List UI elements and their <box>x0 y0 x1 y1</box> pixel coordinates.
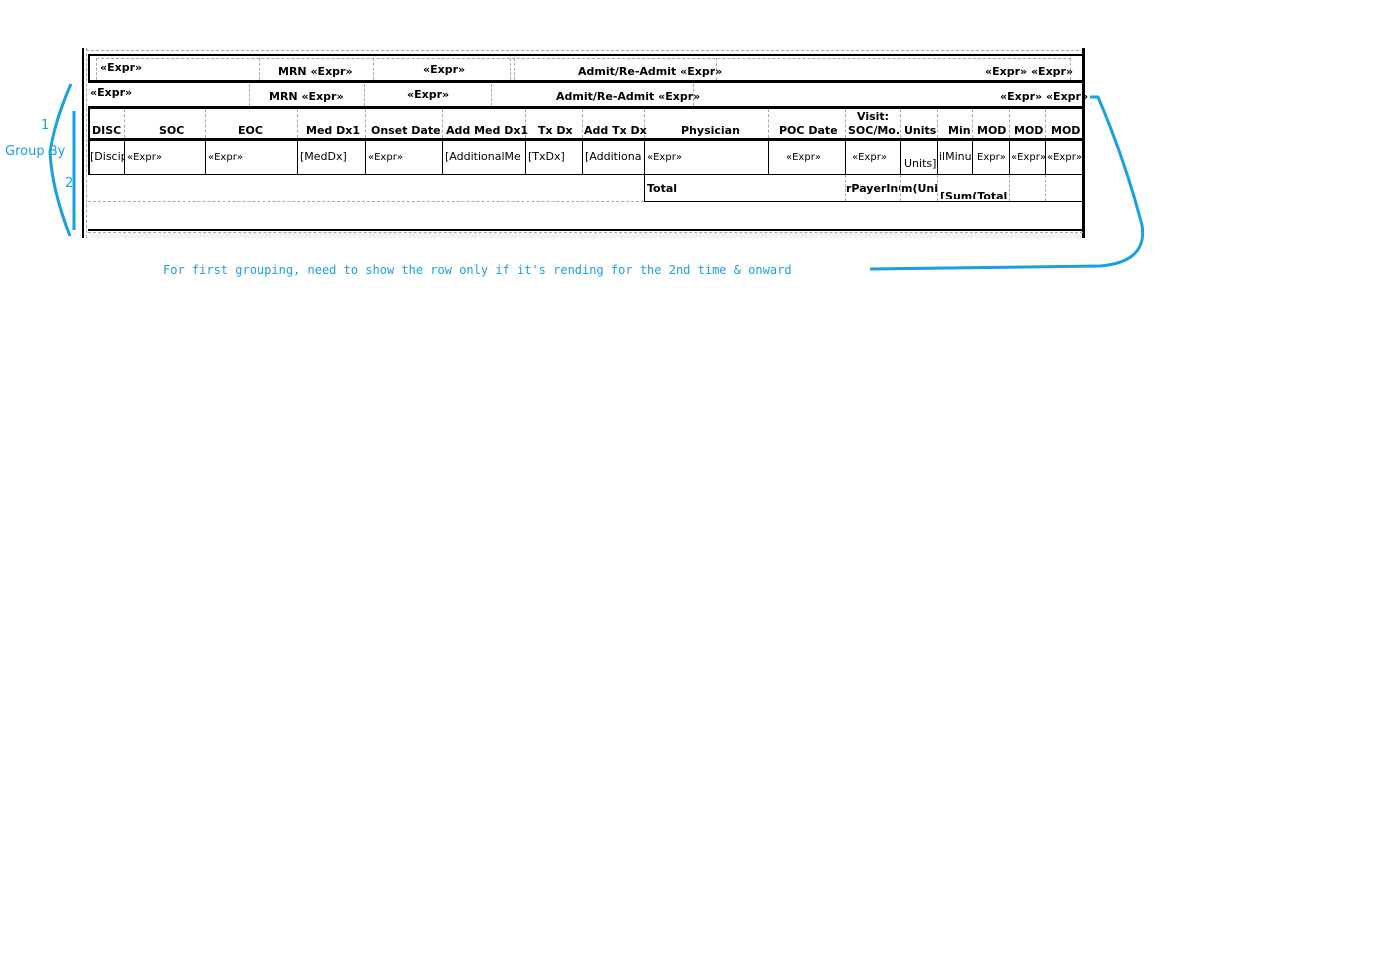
left-brace-icon <box>50 84 71 236</box>
annotation-note: For first grouping, need to show the row… <box>163 263 792 277</box>
group-marker-2: 2 <box>65 176 73 191</box>
callout-curve-icon <box>870 97 1143 269</box>
group-by-label: Group By <box>5 144 65 159</box>
annotation-strokes <box>0 0 1382 300</box>
group-marker-1: 1 <box>41 118 49 133</box>
